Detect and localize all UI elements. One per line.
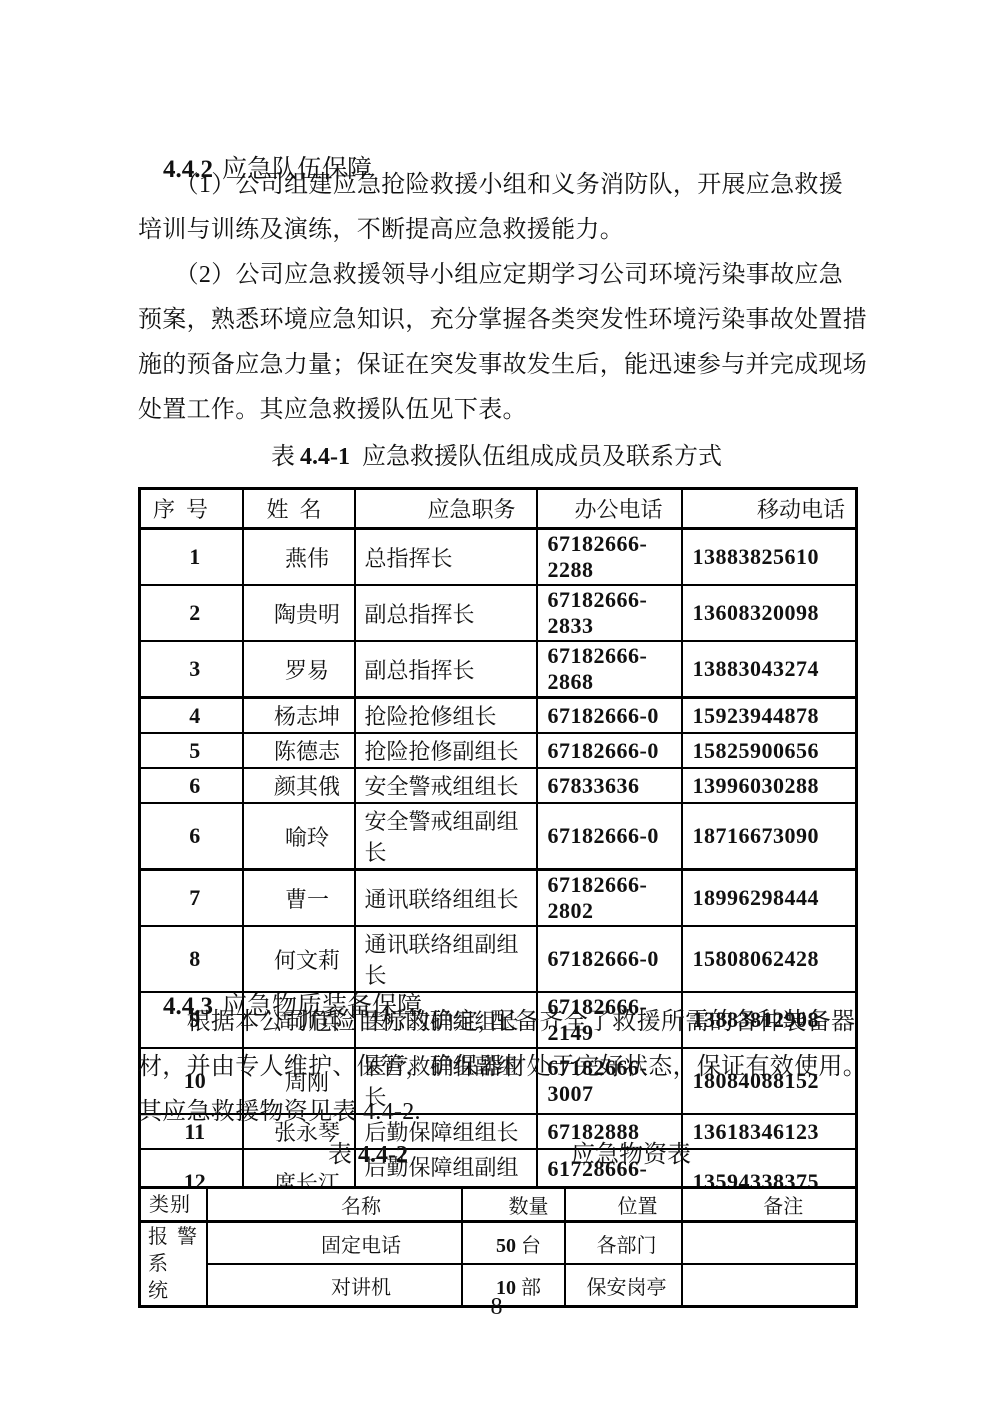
cell-office: 67182666-0 xyxy=(537,733,682,768)
cell-no: 6 xyxy=(140,803,243,870)
page-number: 8 xyxy=(138,1292,855,1322)
cell-name: 陈德志 xyxy=(243,733,355,768)
table-header-row: 类别 名称 数量 位置 备注 xyxy=(140,1188,857,1222)
cell-no: 3 xyxy=(140,641,243,698)
cell-no: 1 xyxy=(140,529,243,586)
header-cell-no: 序 号 xyxy=(140,489,243,529)
table-row: 7 曹一 通讯联络组组长 67182666-2802 18996298444 xyxy=(140,870,857,927)
header-cell-office: 办公电话 xyxy=(537,489,682,529)
cell-name: 曹一 xyxy=(243,870,355,927)
cell-role: 安全警戒组副组长 xyxy=(355,803,537,870)
cell-office: 67182666-2833 xyxy=(537,585,682,641)
cell-no: 5 xyxy=(140,733,243,768)
table2-title: 表4.4-2 应急物资表 xyxy=(138,1140,855,1170)
header-cell-name: 名称 xyxy=(207,1188,462,1222)
header-cell-qty: 数量 xyxy=(462,1188,565,1222)
document-page: 4.4.2应急队伍保障 （1）公司组建应急抢险救援小组和义务消防队，开展应急救援… xyxy=(0,0,992,1403)
paragraph-1: （1）公司组建应急抢险救援小组和义务消防队，开展应急救援 培训与训练及演练，不断… xyxy=(138,163,855,253)
cell-no: 4 xyxy=(140,698,243,734)
header-cell-location: 位置 xyxy=(565,1188,682,1222)
cell-mobile: 13883825610 xyxy=(682,529,857,586)
cell-mobile: 13996030288 xyxy=(682,768,857,803)
header-cell-note: 备注 xyxy=(682,1188,857,1222)
cell-name: 颜其俄 xyxy=(243,768,355,803)
cell-mobile: 13608320098 xyxy=(682,585,857,641)
cell-name: 喻玲 xyxy=(243,803,355,870)
cell-role: 副总指挥长 xyxy=(355,585,537,641)
table2-title-text: 应急物资表 xyxy=(571,1140,691,1170)
cell-mobile: 15825900656 xyxy=(682,733,857,768)
table-header-row: 序 号 姓 名 应急职务 办公电话 移动电话 xyxy=(140,489,857,529)
header-cell-mobile: 移动电话 xyxy=(682,489,857,529)
cell-qty: 50 台 xyxy=(462,1222,565,1265)
cell-no: 6 xyxy=(140,768,243,803)
paragraph-3: 根据本公司危险目标的确定, 配备齐全了救援所需的各种装备器 材，并由专人维护、保… xyxy=(138,1000,855,1135)
cell-location: 各部门 xyxy=(565,1222,682,1265)
table-row: 6 喻玲 安全警戒组副组长 67182666-0 18716673090 xyxy=(140,803,857,870)
table-row: 1 燕伟 总指挥长 67182666-2288 13883825610 xyxy=(140,529,857,586)
cell-office: 67182666-0 xyxy=(537,803,682,870)
cell-office: 67833636 xyxy=(537,768,682,803)
table-row: 5 陈德志 抢险抢修副组长 67182666-0 15825900656 xyxy=(140,733,857,768)
header-cell-category: 类别 xyxy=(140,1188,207,1222)
table1-title-label: 表 xyxy=(271,444,295,470)
table2-title-number: 4.4-2 xyxy=(358,1142,408,1168)
cell-name: 杨志坤 xyxy=(243,698,355,734)
cell-name: 罗易 xyxy=(243,641,355,698)
cell-role: 安全警戒组组长 xyxy=(355,768,537,803)
cell-name: 陶贵明 xyxy=(243,585,355,641)
cell-mobile: 15923944878 xyxy=(682,698,857,734)
cell-mobile: 18716673090 xyxy=(682,803,857,870)
cell-name: 固定电话 xyxy=(207,1222,462,1265)
header-cell-role: 应急职务 xyxy=(355,489,537,529)
cell-office: 67182666-0 xyxy=(537,698,682,734)
supplies-table: 类别 名称 数量 位置 备注 报 警 系 统 固定电话 50 台 各部门 对讲机… xyxy=(138,1186,858,1308)
table1-title: 表4.4-1应急救援队伍组成成员及联系方式 xyxy=(138,440,855,474)
table2-title-label: 表 xyxy=(328,1142,352,1168)
cell-role: 抢险抢修副组长 xyxy=(355,733,537,768)
paragraph-2: （2）公司应急救援领导小组应定期学习公司环境污染事故应急 预案，熟悉环境应急知识… xyxy=(138,253,855,433)
table1-title-text: 应急救援队伍组成成员及联系方式 xyxy=(362,444,722,470)
cell-role: 总指挥长 xyxy=(355,529,537,586)
qty-unit: 台 xyxy=(521,1235,541,1257)
cell-office: 67182666-2288 xyxy=(537,529,682,586)
cell-mobile: 13883043274 xyxy=(682,641,857,698)
cell-note xyxy=(682,1222,857,1265)
table2-title-label-group: 表4.4-2 xyxy=(328,1140,408,1170)
cell-name: 燕伟 xyxy=(243,529,355,586)
table-row: 4 杨志坤 抢险抢修组长 67182666-0 15923944878 xyxy=(140,698,857,734)
table1-title-number: 4.4-1 xyxy=(300,444,350,470)
qty-number: 50 xyxy=(496,1235,516,1257)
cell-no: 7 xyxy=(140,870,243,927)
header-cell-name: 姓 名 xyxy=(243,489,355,529)
table-row: 2 陶贵明 副总指挥长 67182666-2833 13608320098 xyxy=(140,585,857,641)
table-row: 3 罗易 副总指挥长 67182666-2868 13883043274 xyxy=(140,641,857,698)
cell-role: 通讯联络组组长 xyxy=(355,870,537,927)
cell-office: 67182666-2802 xyxy=(537,870,682,927)
cell-role: 抢险抢修组长 xyxy=(355,698,537,734)
table-row: 报 警 系 统 固定电话 50 台 各部门 xyxy=(140,1222,857,1265)
cell-no: 2 xyxy=(140,585,243,641)
cell-office: 67182666-2868 xyxy=(537,641,682,698)
table-row: 6 颜其俄 安全警戒组组长 67833636 13996030288 xyxy=(140,768,857,803)
cell-role: 副总指挥长 xyxy=(355,641,537,698)
cell-mobile: 18996298444 xyxy=(682,870,857,927)
